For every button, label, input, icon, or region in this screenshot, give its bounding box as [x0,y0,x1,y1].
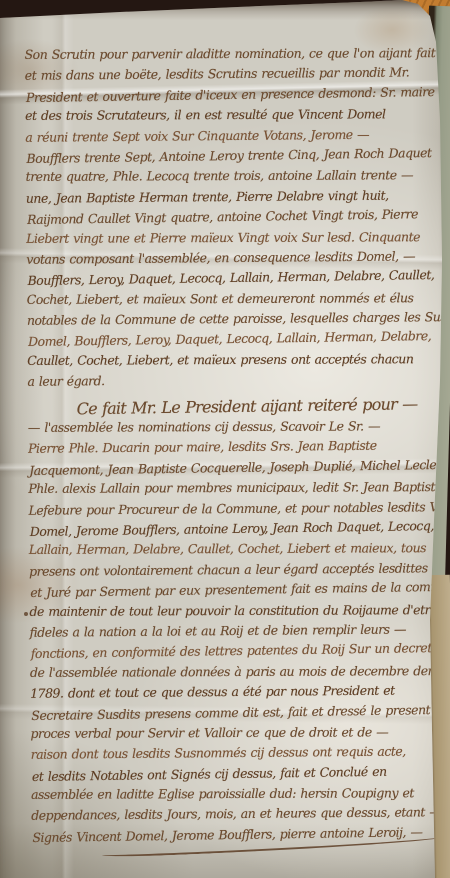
margin-ink-dot [24,612,28,616]
manuscript-line: — l'assemblée les nominations cij dessus… [28,416,438,438]
manuscript-line: Cochet, Liebert, et maïeux Sont et demeu… [27,288,437,310]
manuscript-line: et des trois Scrutateurs, il en est resu… [25,104,435,126]
manuscript-line: Liebert vingt une et Pierre maïeux Vingt… [26,227,436,249]
manuscript-line: de l'assemblée nationale données à paris… [30,661,440,683]
manuscript-line: Son Scrutin pour parvenir aladitte nomin… [25,43,435,65]
manuscript-line: Caullet, Cochet, Liebert, et maïeux pres… [27,349,437,371]
manuscript-text: Son Scrutin pour parvenir aladitte nomin… [25,42,442,847]
manuscript-line: Phle. alexis Lallain pour membres munici… [28,477,438,499]
manuscript-line: a leur égard. [27,368,437,392]
manuscript-line: Lallain, Herman, Delabre, Caullet, Coche… [29,538,439,560]
manuscript-line: de maintenir de tout leur pouvoir la con… [29,600,439,622]
manuscript-photo: Son Scrutin pour parvenir aladitte nomin… [0,0,450,878]
manuscript-page: Son Scrutin pour parvenir aladitte nomin… [0,0,450,878]
manuscript-line: proces verbal pour Servir et Valloir ce … [30,722,440,744]
manuscript-line: assemblée en laditte Eglise paroissialle… [31,783,441,805]
manuscript-line: trente quatre, Phle. Lecocq trente trois… [26,165,436,187]
